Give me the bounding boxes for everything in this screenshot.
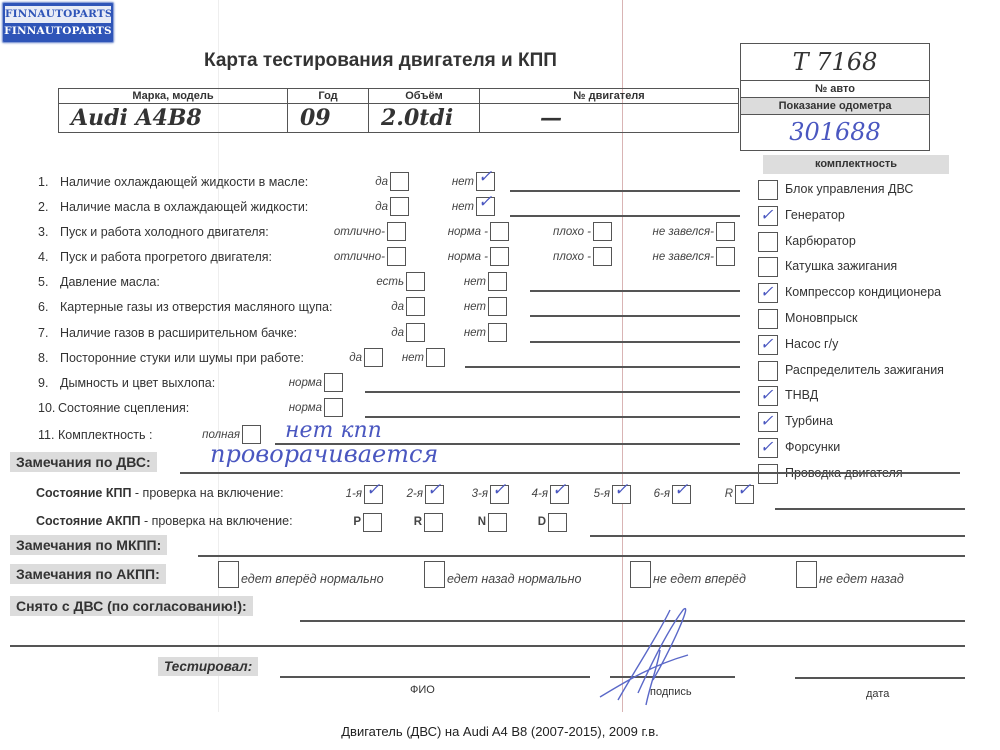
option-checkbox[interactable] [488,323,507,342]
odometer-value[interactable]: 301688 [741,115,929,149]
option-checkbox[interactable] [593,247,612,266]
option-checkbox[interactable] [716,222,735,241]
gear-checkbox[interactable]: ✓ [550,485,569,504]
option-checkbox[interactable] [390,197,409,216]
option-label: нет [402,352,424,364]
option-checkbox[interactable] [488,297,507,316]
option-label: норма - [448,226,488,238]
akpp-position-label: D [538,516,546,528]
vehicle-header-table: Марка, модель Год Объём № двигателя Audi… [58,88,739,133]
option-label: нет [464,276,486,288]
komplektnost-item-label: Генератор [785,208,845,222]
gear-checkbox[interactable]: ✓ [672,485,691,504]
checklist-item-number: 7. [38,326,48,340]
watermark-logo: FINNAUTOPARTS FINNAUTOPARTS [2,2,114,43]
col-engine-number: № двигателя [480,89,739,104]
check-mark-icon: ✓ [760,334,773,353]
komplektnost-item-label: Компрессор кондиционера [785,285,941,299]
komplektnost-checkbox[interactable]: ✓ [758,283,778,303]
option-label: да [391,301,404,313]
checklist-item-label: Наличие масла в охлаждающей жидкости: [60,200,308,214]
komplektnost-checkbox[interactable]: ✓ [758,386,778,406]
option-label: плохо - [553,251,591,263]
gear-checkbox[interactable]: ✓ [490,485,509,504]
option-checkbox[interactable] [406,297,425,316]
option-label: норма [289,402,322,414]
gear-label: 3-я [472,488,488,500]
komplektnost-heading: комплектность [763,155,949,174]
answer-line [510,215,740,217]
gear-label: R [725,488,733,500]
auto-number-value[interactable]: Т 7168 [741,44,929,81]
option-checkbox[interactable]: ✓ [476,197,495,216]
komplektnost-item-label: Катушка зажигания [785,259,897,273]
answer-line [365,416,740,418]
komplektnost-item-label: ТНВД [785,388,818,402]
check-mark-icon: ✓ [674,480,688,500]
akpp-remark-checkbox[interactable] [218,561,239,588]
option-label: нет [464,301,486,313]
option-checkbox[interactable] [426,348,445,367]
col-year: Год [288,89,369,104]
gear-label: 4-я [532,488,548,500]
date-caption: дата [866,688,889,700]
odometer-label: Показание одометра [741,98,929,115]
answer-line [465,366,740,368]
akpp-position-label: P [353,516,361,528]
check-mark-icon: ✓ [478,192,492,212]
removed-label: Снято с ДВС (по согласованию!): [10,596,253,616]
checklist-item-label: Наличие охлаждающей жидкости в масле: [60,175,308,189]
option-label: плохо - [553,226,591,238]
komplektnost-checkbox[interactable] [758,232,778,252]
checklist-item-number: 3. [38,225,48,239]
komplektnost-checkbox[interactable]: ✓ [758,206,778,226]
option-checkbox[interactable] [364,348,383,367]
checklist-item-label: Картерные газы из отверстия масляного щу… [60,300,332,314]
gear-label: 6-я [654,488,670,500]
check-mark-icon: ✓ [427,480,441,500]
komplektnost-checkbox[interactable] [758,464,778,484]
fio-caption: ФИО [410,684,435,696]
option-checkbox[interactable] [716,247,735,266]
col-make-model: Марка, модель [59,89,288,104]
signature-scribble [598,605,708,715]
option-label: нет [452,201,474,213]
option-checkbox[interactable] [406,272,425,291]
akpp-position-label: N [478,516,486,528]
checklist-item-label: Дымность и цвет выхлопа: [60,376,215,390]
gear-label: 2-я [407,488,423,500]
akpp-label: Состояние АКПП - проверка на включение: [36,514,293,528]
komplektnost-checkbox[interactable]: ✓ [758,335,778,355]
answer-line [530,290,740,292]
komplektnost-checkbox[interactable]: ✓ [758,412,778,432]
checklist-item-number: 4. [38,250,48,264]
option-label: отлично- [334,226,385,238]
checklist-item-number: 11. [38,428,54,442]
checklist-item-number: 1. [38,175,48,189]
akpp-remark-checkbox[interactable] [630,561,651,588]
answer-line [365,391,740,393]
komplektnost-checkbox[interactable] [758,180,778,200]
check-mark-icon: ✓ [492,480,506,500]
checklist-item-number: 9. [38,376,48,390]
checklist-item-label: Пуск и работа холодного двигателя: [60,225,269,239]
form-title: Карта тестирования двигателя и КПП [204,50,557,72]
komplektnost-checkbox[interactable] [758,309,778,329]
check-mark-icon: ✓ [760,205,773,224]
option-label: отлично- [334,251,385,263]
checklist-item-label: Наличие газов в расширительном бачке: [60,326,297,340]
mkpp-remarks-label: Замечания по МКПП: [10,535,167,555]
gear-label: 5-я [594,488,610,500]
gear-checkbox[interactable]: ✓ [425,485,444,504]
option-label: нет [464,327,486,339]
akpp-position-label: R [414,516,422,528]
akpp-remark-label: едет вперёд нормально [241,572,384,586]
option-checkbox[interactable] [324,398,343,417]
akpp-remark-checkbox[interactable] [796,561,817,588]
akpp-remark-label: едет назад нормально [447,572,581,586]
col-volume: Объём [369,89,480,104]
option-label: норма - [448,251,488,263]
gear-label: 1-я [346,488,362,500]
engine-number-value[interactable]: — [480,104,739,133]
checklist-item-number: 10. [38,401,55,415]
dvs-remarks-label: Замечания по ДВС: [10,452,157,472]
gear-checkbox[interactable]: ✓ [364,485,383,504]
checklist-item-number: 6. [38,300,48,314]
gear-checkbox[interactable]: ✓ [612,485,631,504]
checklist-item-label: Давление масла: [60,275,160,289]
answer-line [530,315,740,317]
akpp-position-checkbox[interactable] [363,513,382,532]
komplektnost-checkbox[interactable] [758,257,778,277]
akpp-position-checkbox[interactable] [424,513,443,532]
option-label: нет [452,176,474,188]
option-checkbox[interactable] [324,373,343,392]
option-label: да [375,176,388,188]
akpp-position-checkbox[interactable] [548,513,567,532]
tested-label: Тестировал: [158,657,258,676]
check-mark-icon: ✓ [760,385,773,404]
check-mark-icon: ✓ [737,480,751,500]
komplektnost-item-label: Распределитель зажигания [785,363,944,377]
auto-info-box: Т 7168 № авто Показание одометра 301688 [740,43,930,151]
komplektnost-item-label: Форсунки [785,440,840,454]
akpp-remarks-label: Замечания по АКПП: [10,564,166,584]
check-mark-icon: ✓ [614,480,628,500]
make-model-value[interactable]: Audi A4B8 [59,104,288,133]
komplektnost-item-label: Насос г/у [785,337,838,351]
option-label: да [375,201,388,213]
option-checkbox[interactable] [488,272,507,291]
dvs-remarks-value[interactable]: проворачивается [210,440,438,468]
checklist-item-label: Пуск и работа прогретого двигателя: [60,250,272,264]
checklist-item-number: 5. [38,275,48,289]
answer-line [530,341,740,343]
option-checkbox[interactable] [387,247,406,266]
check-mark-icon: ✓ [760,282,773,301]
akpp-remark-label: не едет вперёд [653,572,746,586]
checklist-item-number: 8. [38,351,48,365]
auto-number-label: № авто [741,81,929,98]
option-label: да [349,352,362,364]
option-checkbox[interactable] [406,323,425,342]
answer-line [510,190,740,192]
komplektnost-checkbox[interactable] [758,361,778,381]
option-checkbox[interactable] [490,222,509,241]
option-label: норма [289,377,322,389]
option-checkbox[interactable] [390,172,409,191]
checklist-item-number: 2. [38,200,48,214]
option-label: не завелся- [652,226,714,238]
komplektnost-item-label: Моновпрыск [785,311,857,325]
kpp-label: Состояние КПП - проверка на включение: [36,486,284,500]
check-mark-icon: ✓ [366,480,380,500]
option-checkbox[interactable] [387,222,406,241]
checklist-item-label: Посторонние стуки или шумы при работе: [60,351,304,365]
check-mark-icon: ✓ [552,480,566,500]
komplektnost-item-label: Турбина [785,414,833,428]
akpp-position-checkbox[interactable] [488,513,507,532]
akpp-remark-checkbox[interactable] [424,561,445,588]
gear-checkbox[interactable]: ✓ [735,485,754,504]
option-checkbox[interactable]: ✓ [476,172,495,191]
option-label: не завелся- [652,251,714,263]
checklist-item-label: Состояние сцепления: [58,401,189,415]
komplektnost-item-label: Карбюратор [785,234,856,248]
komplektnost-checkbox[interactable]: ✓ [758,438,778,458]
akpp-remark-label: не едет назад [819,572,904,586]
komplektnost-item-label: Блок управления ДВС [785,182,913,196]
check-mark-icon: ✓ [760,437,773,456]
volume-value[interactable]: 2.0tdi [369,104,480,133]
check-mark-icon: ✓ [760,411,773,430]
option-label: есть [376,276,404,288]
option-checkbox[interactable] [490,247,509,266]
check-mark-icon: ✓ [478,167,492,187]
option-label: да [391,327,404,339]
page-caption: Двигатель (ДВС) на Audi A4 B8 (2007-2015… [0,724,1000,739]
year-value[interactable]: 09 [288,104,369,133]
checklist-item-label: Комплектность : [58,428,152,442]
option-checkbox[interactable] [593,222,612,241]
